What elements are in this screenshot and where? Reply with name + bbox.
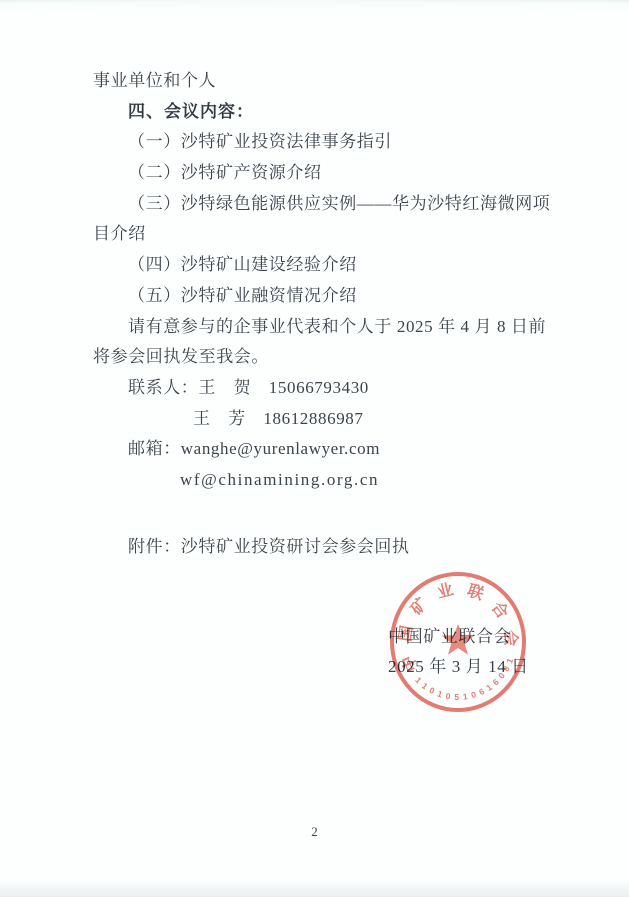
seal-serial-digit: 0 [445, 691, 452, 702]
doc-line: （一）沙特矿业投资法律事务指引 [93, 127, 553, 158]
doc-line: 事业单位和个人 [93, 66, 553, 97]
seal-serial-digit: 1 [420, 680, 430, 691]
seal-arc-char: 矿 [407, 594, 432, 619]
seal-serial-digit: 0 [428, 685, 437, 696]
attachment-line: 附件：沙特矿业投资研讨会参会回执 [93, 532, 553, 563]
seal-arc-char: 联 [465, 580, 486, 603]
signature-block: 中国矿业联合会 2025 年 3 月 14 日 [388, 622, 529, 682]
email-line: wf@chinamining.org.cn [93, 465, 553, 496]
doc-line: （三）沙特绿色能源供应实例——华为沙特红海微网项 [93, 189, 553, 220]
blank-gap [93, 496, 553, 532]
doc-line: 将参会回执发至我会。 [93, 342, 553, 373]
contact-line: 王 芳 18612886987 [93, 404, 553, 435]
doc-line: 请有意参与的企事业代表和个人于 2025 年 4 月 8 日前 [93, 312, 553, 343]
signature-organization: 中国矿业联合会 [388, 622, 529, 652]
doc-line: （四）沙特矿山建设经验介绍 [93, 250, 553, 281]
seal-serial-digit: 1 [484, 682, 494, 693]
doc-line: （五）沙特矿业融资情况介绍 [93, 281, 553, 312]
seal-serial-digit: 1 [436, 688, 444, 699]
seal-arc-char: 业 [435, 580, 455, 601]
doc-line: 目介绍 [93, 219, 553, 250]
signature-date: 2025 年 3 月 14 日 [388, 652, 529, 682]
section-heading: 四、会议内容： [93, 97, 553, 128]
seal-serial-digit: 1 [462, 691, 468, 702]
seal-arc-char: 合 [488, 598, 513, 622]
seal-serial-digit: 0 [470, 689, 478, 700]
doc-line: （二）沙特矿产资源介绍 [93, 158, 553, 189]
document-page: 事业单位和个人 四、会议内容： （一）沙特矿业投资法律事务指引 （二）沙特矿产资… [0, 0, 629, 897]
contact-line: 联系人：王 贺 15066793430 [93, 373, 553, 404]
document-body: 事业单位和个人 四、会议内容： （一）沙特矿业投资法律事务指引 （二）沙特矿产资… [93, 66, 553, 562]
email-line: 邮箱：wanghe@yurenlawyer.com [93, 434, 553, 465]
seal-serial-digit: 5 [454, 692, 459, 702]
seal-serial-digit: 6 [477, 686, 486, 697]
page-number: 2 [0, 824, 629, 840]
